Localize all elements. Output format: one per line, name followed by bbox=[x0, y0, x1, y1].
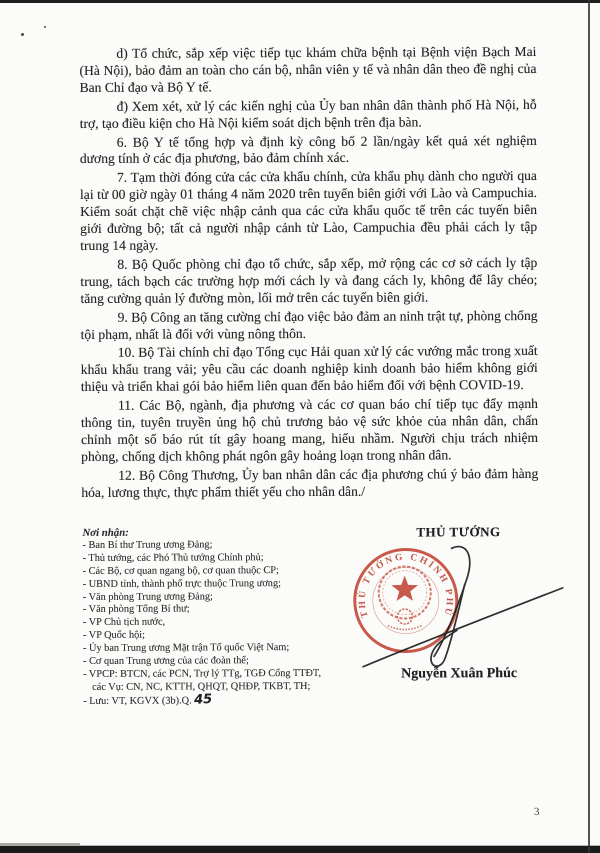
scanned-document-page: d) Tổ chức, sắp xếp việc tiếp tục khám c… bbox=[0, 0, 600, 853]
scan-speck bbox=[44, 26, 46, 28]
scan-edge-right bbox=[588, 0, 590, 853]
signer-name: Nguyễn Xuân Phúc bbox=[379, 666, 539, 683]
body-paragraph: đ) Xem xét, xử lý các kiến nghị của Ủy b… bbox=[80, 97, 537, 133]
body-paragraph: 11. Các Bộ, ngành, địa phương và các cơ … bbox=[81, 396, 538, 466]
handwritten-copy-count: 45 bbox=[194, 694, 213, 708]
body-paragraph: d) Tổ chức, sắp xếp việc tiếp tục khám c… bbox=[79, 44, 536, 97]
body-paragraph: 12. Bộ Công Thương, Ủy ban nhân dân các … bbox=[81, 466, 538, 502]
scan-edge-top bbox=[0, 0, 600, 3]
emblem-star bbox=[391, 575, 418, 600]
scan-edge-bottom bbox=[0, 846, 600, 853]
body-paragraph: 6. Bộ Y tế tổng hợp và định kỳ công bố 2… bbox=[80, 132, 537, 168]
body-paragraph: 8. Bộ Quốc phòng chỉ đạo tổ chức, sắp xế… bbox=[80, 255, 537, 308]
scan-speck bbox=[21, 33, 24, 36]
body-paragraph: 9. Bộ Công an tăng cường chỉ đạo việc bả… bbox=[81, 308, 538, 344]
national-emblem bbox=[379, 566, 431, 629]
body-paragraph: 10. Bộ Tài chính chỉ đạo Tổng cục Hải qu… bbox=[81, 343, 538, 396]
page-number: 3 bbox=[522, 806, 552, 818]
body-paragraph: 7. Tạm thời đóng cửa các cửa khẩu chính,… bbox=[80, 168, 537, 255]
document-body: d) Tổ chức, sắp xếp việc tiếp tục khám c… bbox=[79, 44, 538, 504]
